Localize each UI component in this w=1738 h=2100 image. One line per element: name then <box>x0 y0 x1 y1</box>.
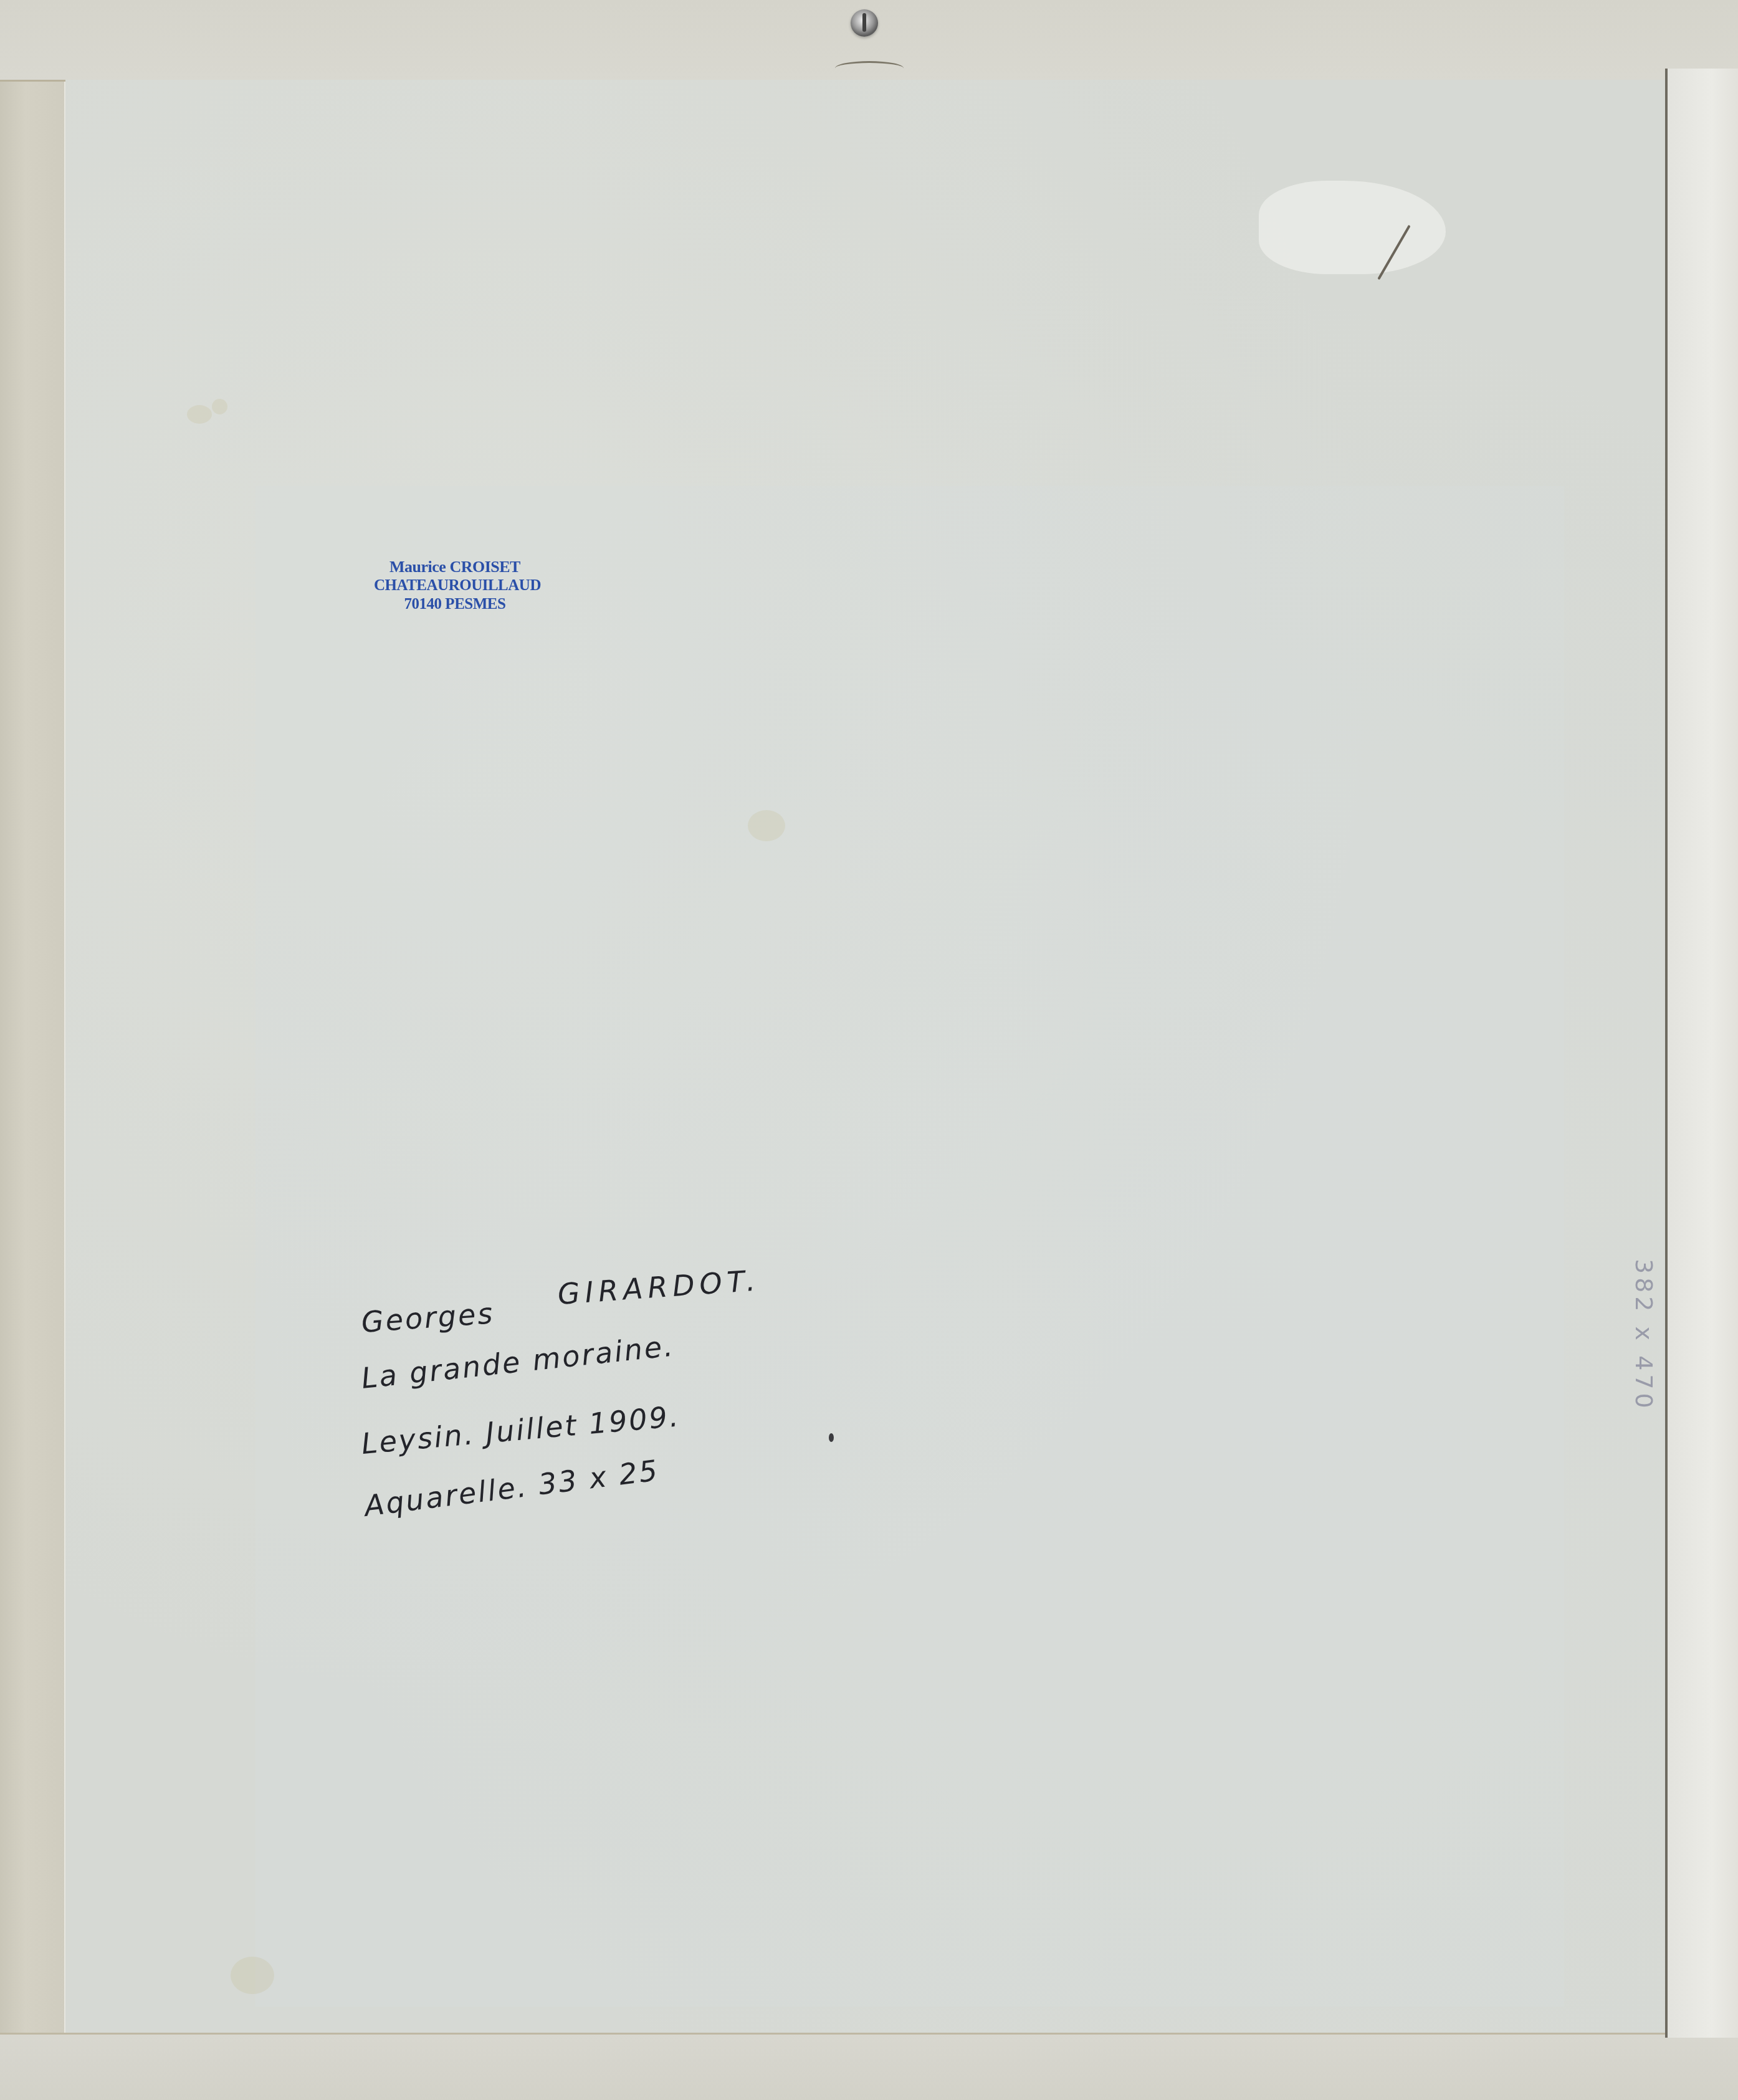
screw-slot <box>862 13 866 32</box>
ink-mark <box>829 1433 834 1442</box>
foxing-stain <box>748 810 785 841</box>
left-tape-strip <box>0 0 65 2100</box>
paper-crease <box>835 61 904 75</box>
pencil-dimensions-note: 382 x 470 <box>1630 1259 1658 1412</box>
foxing-stain <box>212 399 227 414</box>
stamp-name: Maurice CROISET <box>374 558 536 576</box>
hanging-screw-icon <box>851 9 878 37</box>
owner-stamp: Maurice CROISET CHATEAUROUILLAUD 70140 P… <box>374 558 536 614</box>
foxing-stain <box>231 1957 274 1994</box>
foxing-stain <box>187 405 212 424</box>
stamp-locality: CHATEAUROUILLAUD <box>374 576 536 595</box>
backing-inner-shade <box>255 486 1564 2007</box>
bottom-tape-strip <box>0 2033 1738 2100</box>
right-tape-strip <box>1665 69 1738 2038</box>
artwork-backing-board: Maurice CROISET CHATEAUROUILLAUD 70140 P… <box>0 0 1738 2100</box>
stamp-postcode-town: 70140 PESMES <box>374 595 536 614</box>
